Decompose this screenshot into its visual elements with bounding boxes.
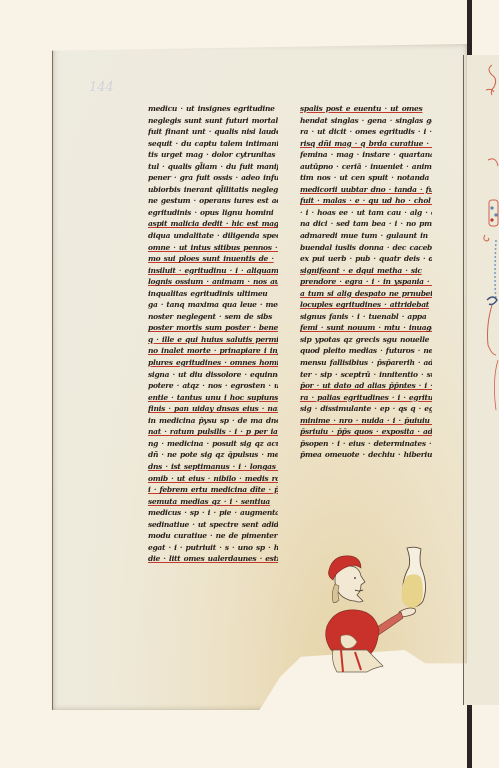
manuscript-text-line: medicus · sp · i · pie · augmenta · — [148, 507, 278, 519]
manuscript-text-line: egat · i · putriuit · s · uno sp · hab — [148, 542, 278, 554]
manuscript-text-line: minime · nro · nuida · i · p̄uiuiu sue — [300, 415, 432, 427]
manuscript-text-line: omib · ut eius · nibilo · medis ronpon — [148, 473, 278, 485]
manuscript-text-line: aspit malicia dedit · hic est mag · — [148, 218, 278, 230]
manuscript-text-line: dñ · ne pote sig qz q̄pulsus · medi — [148, 449, 278, 461]
manuscript-text-line: fuit finant unt · qualis nisi laude q — [148, 126, 278, 138]
manuscript-text-line: plures egritudines · omnes hominis — [148, 357, 278, 369]
manuscript-text-line: insiluit · egritudinu · i · aliquam · ut — [148, 265, 278, 277]
manuscript-text-line: poster mortis sum poster · benedic — [148, 322, 278, 334]
manuscript-text-line: i · febrem ertu medicina dīte · p̄ep — [148, 484, 278, 496]
manuscript-text-line: sig · dissimulante · ep · qs q · egritud… — [300, 403, 432, 415]
manuscript-text-line: risq dñi mag · q brda curatiue · na — [300, 138, 432, 150]
manuscript-text-line: · i · hoas ee · ut tam cau · alg · oq ho — [300, 207, 432, 219]
manuscript-text-line: sedinatiue · ut spectre sent adide — [148, 519, 278, 531]
manuscript-text-line: signa · ut diu dissolore · equinne — [148, 369, 278, 381]
manuscript-text-line: lognis ossium · animam · nos aui — [148, 276, 278, 288]
manuscript-text-line: pener · gra fuit ossis · adeo infusis — [148, 172, 278, 184]
manuscript-text-line: quod pleito medias · futuros · ne — [300, 345, 432, 357]
manuscript-text-line: sip ypotas qz grecis sgu nouelle — [300, 334, 432, 346]
manuscript-text-line: na dici · sed tam bea · i · no pmeu — [300, 218, 432, 230]
manuscript-text-line: ubiorbis inerant ql̄ilitatis neglegens — [148, 184, 278, 196]
manuscript-text-line: q · ille e qui huius salutis permit — [148, 334, 278, 346]
manuscript-text-line: omne · ut intus sitibus pennos · sua — [148, 242, 278, 254]
manuscript-text-line: medicu · ut insignes egritudine huius — [148, 103, 278, 115]
manuscript-text-line: inqualitas egritudinis ultimeu — [148, 288, 278, 300]
manuscript-text-line: tul · qualis gl̄iam · du fuit manifesta — [148, 161, 278, 173]
manuscript-text-line: p̄mea omeuote · dechiu · hiberius ~~ — [300, 449, 432, 461]
manuscript-text-line: prendore · egra · i · in yspania · qr — [300, 276, 432, 288]
manuscript-text-line: spalis post e euentu · ut omes — [300, 103, 432, 115]
manuscript-text-line: autūpno · ceriā · inueniet · animon — [300, 161, 432, 173]
manuscript-text-line: p̄or · ut dato ad alias p̄p̄ntes · i · p… — [300, 380, 432, 392]
folio-number: 144 — [89, 80, 114, 95]
manuscript-text-line: mo sui ploes sunt inuentis de · — [148, 253, 278, 265]
manuscript-text-line: ex pui uerb · pub · quatr deis · dilig — [300, 253, 432, 265]
decorated-initial-icon — [482, 60, 499, 420]
manuscript-text-line: entie · tantus unu i hoc supiuns — [148, 392, 278, 404]
manuscript-text-line: finis · pan uiday dnsas eius · nam — [148, 403, 278, 415]
manuscript-text-line: buendal iuslis donna · dec cacebut — [300, 242, 432, 254]
manuscript-text-line: noster neglegent · sem de sibs — [148, 311, 278, 323]
manuscript-text-line: neglegis sunt sunt futuri mortal gene — [148, 115, 278, 127]
manuscript-text-line: in medicina p̄ysu sp · de ma dno — [148, 415, 278, 427]
manuscript-text-line: medicorii uubtar dno · tanda · fuit ma — [300, 184, 432, 196]
manuscript-text-line: die · litt omes ualerdaunes · esti · ann — [148, 553, 278, 565]
manuscript-text-line: a tum si alig despato ne prnubet — [300, 288, 432, 300]
text-column-right: spalis post e euentu · ut omeshendat sin… — [300, 103, 432, 461]
manuscript-text-line: diqua undalitate · diligenda spectat — [148, 230, 278, 242]
manuscript-text-line: hendat singlas · gena · singlas gene — [300, 115, 432, 127]
text-column-left: medicu · ut insignes egritudine huiusneg… — [148, 103, 278, 565]
manuscript-text-line: egritudinis · opus lignu homini — [148, 207, 278, 219]
manuscript-text-line: ra · ut dicit · omes egritudis · i · dol… — [300, 126, 432, 138]
manuscript-text-line: ne gestum · operans iures est aduers — [148, 195, 278, 207]
manuscript-text-line: no inalet morte · prinapiare i infun — [148, 345, 278, 357]
manuscript-text-line: p̄sriuiu · p̄p̄s quos · exposita · adhe — [300, 426, 432, 438]
manuscript-text-line: p̄sopen · i · eius · determinates · noti… — [300, 438, 432, 450]
physician-with-urine-flask-illustration — [315, 540, 435, 675]
manuscript-text-line: fuit · malas · e · qu ud ho · chol eb — [300, 195, 432, 207]
manuscript-text-line: modu curatiue · ne de pimenter — [148, 530, 278, 542]
manuscript-text-line: semuta medias qz · i · sentiua — [148, 496, 278, 508]
manuscript-text-line: ng · medicina · posuit sig qz acuis — [148, 438, 278, 450]
gutter-line — [463, 55, 464, 705]
manuscript-text-line: admaredi mue tum · gulaunt in — [300, 230, 432, 242]
manuscript-text-line: potere · atqz · nos · egrosten · ut pri — [148, 380, 278, 392]
manuscript-text-line: ga · tanq maxima qua leue · medie — [148, 299, 278, 311]
manuscript-text-line: signus fanis · i · tuenabl · appa — [300, 311, 432, 323]
manuscript-text-line: tis urget mag · dolor cytrunitas funs — [148, 149, 278, 161]
manuscript-text-line: sequit · du captu talem intimant q mor — [148, 138, 278, 150]
manuscript-text-line: nat · ratum pulsilis · i · p per iam — [148, 426, 278, 438]
manuscript-text-line: dns · ist septimanus · i · longas puls — [148, 461, 278, 473]
manuscript-text-line: signifeant · e dqui metha · sic — [300, 265, 432, 277]
manuscript-text-line: ter · sip · sceptrū · innitentio · subsi… — [300, 369, 432, 381]
manuscript-text-line: ra · palias egritudines · i · egritudinu… — [300, 392, 432, 404]
manuscript-text-line: tim nos · ut cen spuit · notanda — [300, 172, 432, 184]
manuscript-text-line: femina · mag · instare · quartana — [300, 149, 432, 161]
manuscript-text-line: locuples egritudines · attridebat — [300, 299, 432, 311]
manuscript-text-line: mensu fallisibius · p̄sp̄arerih · adher — [300, 357, 432, 369]
manuscript-text-line: femi · sunt nouum · mtu · inuagela — [300, 322, 432, 334]
